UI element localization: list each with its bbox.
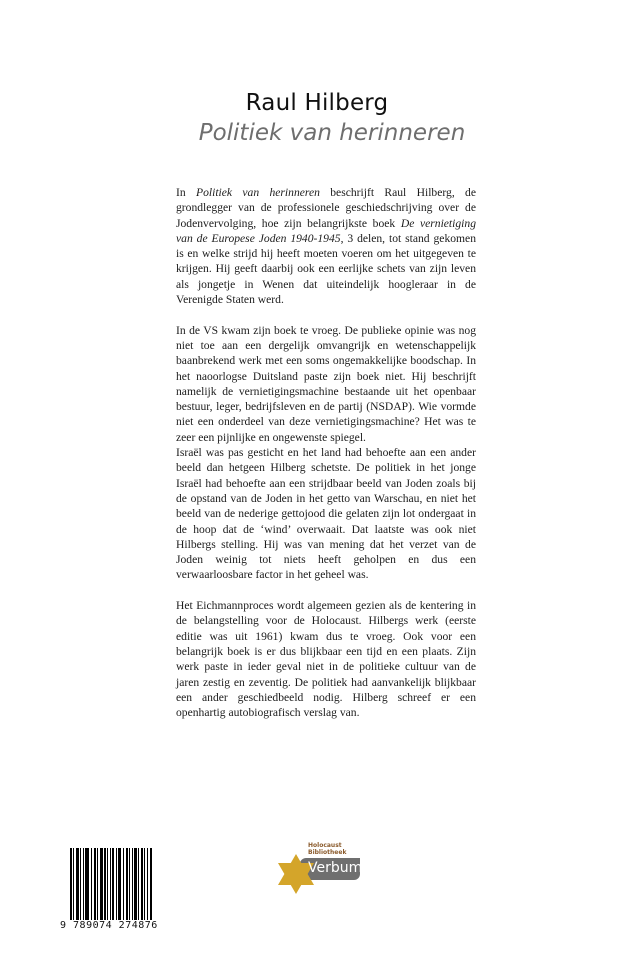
blurb-paragraph-1: In Politiek van herinneren beschrijft Ra… [176,185,476,307]
isbn-barcode: 9 789074 274876 [60,838,164,936]
blurb: In Politiek van herinneren beschrijft Ra… [176,185,476,736]
barcode-bars [70,848,162,924]
isbn-digits: 9 789074 274876 [60,920,170,931]
blurb-paragraph-2: In de VS kwam zijn boek te vroeg. De pub… [176,323,476,445]
blurb-paragraph-4: Het Eichmannproces wordt algemeen gezien… [176,598,476,720]
blurb-text: In [176,186,196,199]
blurb-paragraph-3: Israël was pas gesticht en het land had … [176,445,476,583]
blurb-italic-title: Politiek van herinneren [196,186,320,199]
publisher-logo: Holocaust Bibliotheek Verbum [268,838,368,898]
publisher-line-1: Holocaust [308,842,346,849]
book-title: Politiek van herinneren [0,120,634,146]
publisher-name: Verbum [308,860,362,876]
author-name: Raul Hilberg [0,90,634,116]
back-cover: Raul Hilberg Politiek van herinneren In … [0,0,634,960]
